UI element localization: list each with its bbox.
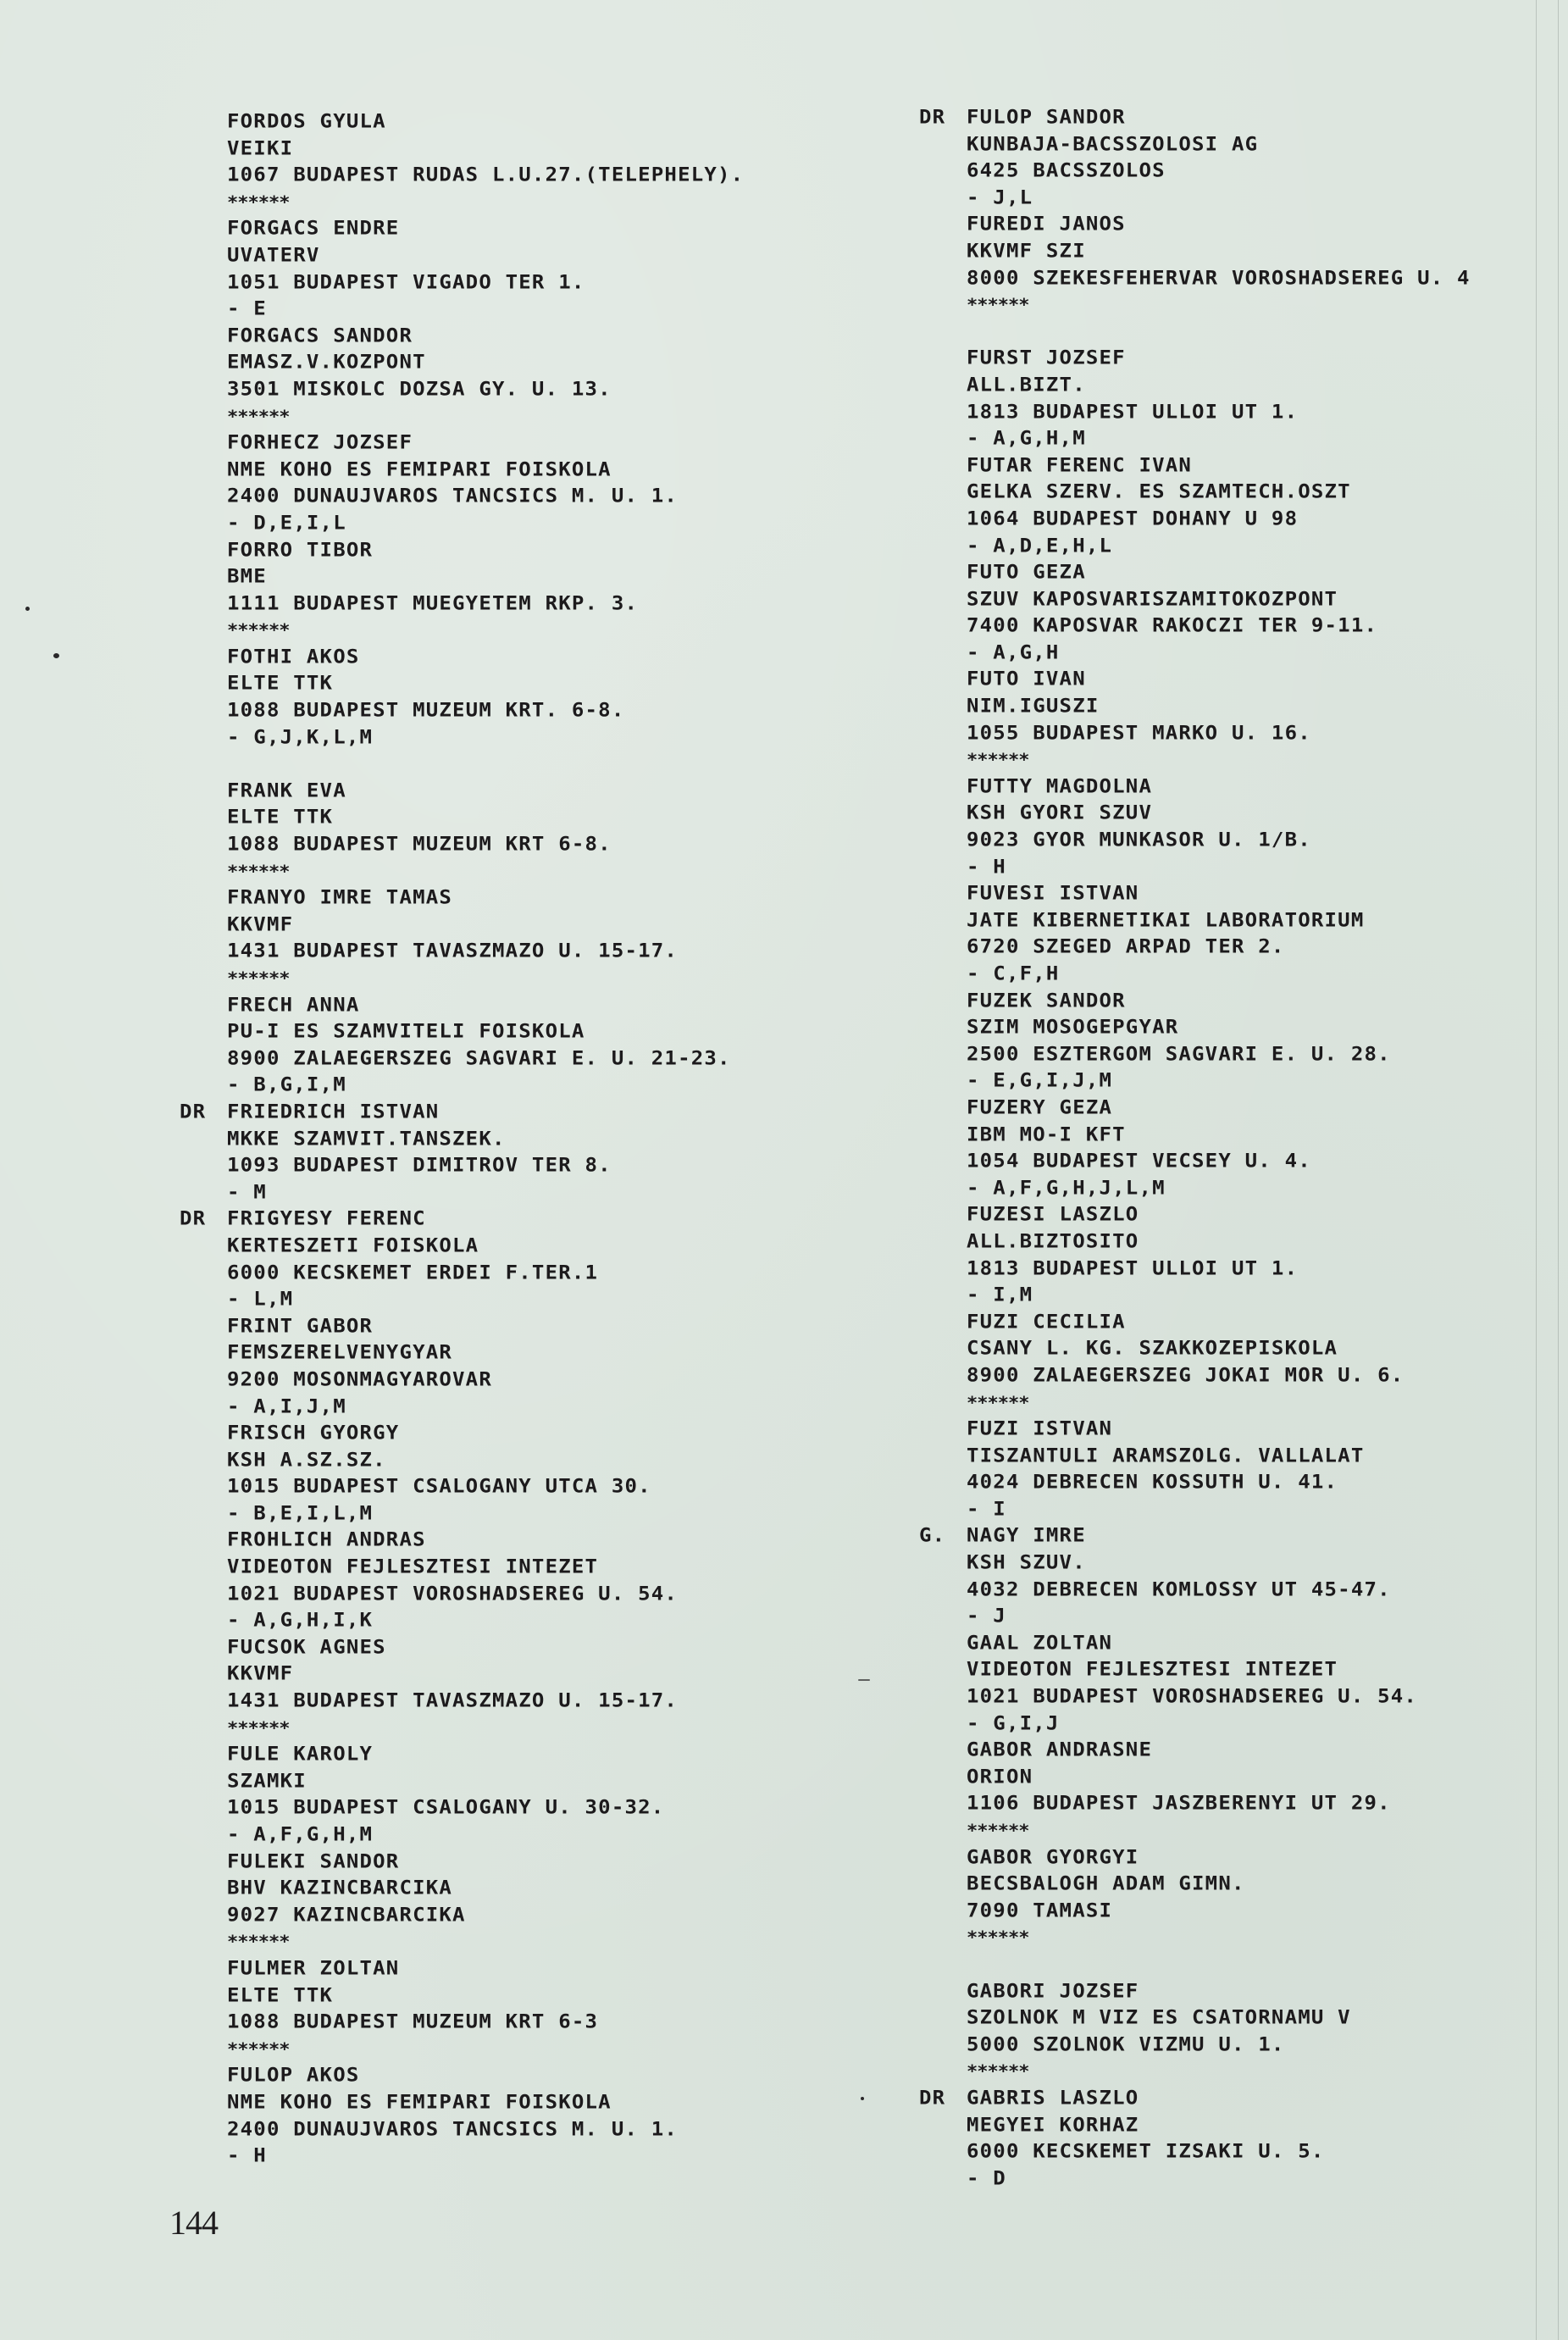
line-text: BHV KAZINCBARCIKA [227, 1876, 452, 1900]
line-text: GABOR ANDRASNE [967, 1738, 1152, 1762]
directory-line: MKKE SZAMVIT.TANSZEK. [180, 1127, 744, 1151]
directory-line: FRANYO IMRE TAMAS [180, 885, 744, 910]
directory-line: FULMER ZOLTAN [180, 1956, 744, 1981]
directory-line: SZUV KAPOSVARISZAMITOKOZPONT [919, 587, 1471, 612]
line-text: 4032 DEBRECEN KOMLOSSY UT 45-47. [967, 1578, 1391, 1602]
directory-line: FUVESI ISTVAN [919, 881, 1471, 906]
line-text: - A,G,H [967, 640, 1060, 665]
paper-speck [858, 1679, 870, 1681]
directory-line: ALL.BIZT. [919, 373, 1471, 397]
directory-line: 6425 BACSSZOLOS [919, 158, 1471, 183]
directory-line: 6000 KECSKEMET IZSAKI U. 5. [919, 2139, 1471, 2164]
directory-line: FUZEK SANDOR [919, 989, 1471, 1013]
directory-line: FUTO IVAN [919, 668, 1471, 692]
directory-line: VIDEOTON FEJLESZTESI INTEZET [180, 1555, 744, 1579]
directory-line: KSH A.SZ.SZ. [180, 1448, 744, 1472]
line-text: KSH SZUV. [967, 1550, 1086, 1575]
line-text: VEIKI [227, 136, 293, 161]
directory-line: 1088 BUDAPEST MUZEUM KRT 6-8. [180, 832, 744, 857]
line-text: 9200 MOSONMAGYAROVAR [227, 1367, 492, 1392]
entry-separator: ****** [919, 748, 1471, 773]
page-edge-line [1558, 0, 1559, 2340]
entry-codes: - H [180, 2143, 744, 2168]
line-text: 6000 KECSKEMET IZSAKI U. 5. [967, 2139, 1325, 2164]
directory-line: 8000 SZEKESFEHERVAR VOROSHADSEREG U. 4 [919, 266, 1471, 291]
directory-line: 8900 ZALAEGERSZEG JOKAI MOR U. 6. [919, 1363, 1471, 1388]
line-text: 8900 ZALAEGERSZEG JOKAI MOR U. 6. [967, 1363, 1404, 1388]
line-text: ELTE TTK [227, 806, 333, 830]
entry-codes: - H [919, 855, 1471, 879]
entry-codes: - A,F,G,H,M [180, 1822, 744, 1847]
entry-codes: - I,M [919, 1283, 1471, 1307]
directory-line: 7400 KAPOSVAR RAKOCZI TER 9-11. [919, 614, 1471, 639]
entry-separator: ****** [180, 966, 744, 990]
blank-line [919, 319, 1471, 344]
line-text: NME KOHO ES FEMIPARI FOISKOLA [227, 457, 612, 482]
directory-line: GABORI JOZSEF [919, 1979, 1471, 2004]
line-text: NAGY IMRE [967, 1524, 1086, 1549]
entry-codes: - D [919, 2166, 1471, 2191]
entry-codes: - A,I,J,M [180, 1395, 744, 1419]
line-text: FORHECZ JOZSEF [227, 430, 413, 455]
line-text: ****** [227, 2038, 289, 2062]
line-text: - A,I,J,M [227, 1395, 346, 1419]
line-text: - J [967, 1605, 1006, 1629]
directory-line: 7090 TAMASI [919, 1899, 1471, 1923]
directory-line: CSANY L. KG. SZAKKOZEPISKOLA [919, 1337, 1471, 1361]
line-text: 6000 KECSKEMET ERDEI F.TER.1 [227, 1261, 598, 1285]
line-text: KKVMF SZI [967, 239, 1086, 263]
line-text: - H [227, 2143, 267, 2168]
line-text: 1067 BUDAPEST RUDAS L.U.27.(TELEPHELY). [227, 163, 744, 187]
directory-line: VEIKI [180, 136, 744, 161]
entry-codes: - L,M [180, 1287, 744, 1311]
line-text: FUZERY GEZA [967, 1095, 1112, 1120]
entry-codes: - G,I,J [919, 1711, 1471, 1736]
line-text: - L,M [227, 1287, 293, 1311]
entry-separator: ****** [919, 1926, 1471, 1950]
entry-codes: - J,L [919, 186, 1471, 210]
directory-line: KSH SZUV. [919, 1550, 1471, 1575]
line-text: ****** [227, 191, 289, 215]
line-text: 7090 TAMASI [967, 1899, 1112, 1923]
entry-separator: ****** [180, 859, 744, 884]
line-text: 2500 ESZTERGOM SAGVARI E. U. 28. [967, 1042, 1391, 1067]
directory-column-right: DRFULOP SANDORKUNBAJA-BACSSZOLOSI AG6425… [919, 104, 1471, 2192]
line-text: GELKA SZERV. ES SZAMTECH.OSZT [967, 480, 1351, 505]
directory-line: FUZI CECILIA [919, 1310, 1471, 1334]
directory-line: ELTE TTK [180, 672, 744, 696]
line-text: FULOP SANDOR [967, 105, 1126, 130]
line-text: - B,G,I,M [227, 1073, 346, 1098]
line-text: FUVESI ISTVAN [967, 881, 1139, 906]
line-text: 5000 SZOLNOK VIZMU U. 1. [967, 2032, 1285, 2057]
directory-line: KSH GYORI SZUV [919, 801, 1471, 826]
directory-line: FRINT GABOR [180, 1314, 744, 1339]
line-text: ****** [227, 860, 289, 884]
line-text: KERTESZETI FOISKOLA [227, 1234, 479, 1258]
line-text: - I [967, 1497, 1006, 1522]
line-text: 7400 KAPOSVAR RAKOCZI TER 9-11. [967, 614, 1377, 639]
directory-line: BHV KAZINCBARCIKA [180, 1876, 744, 1900]
entry-codes: - B,E,I,L,M [180, 1501, 744, 1526]
directory-line: 9023 GYOR MUNKASOR U. 1/B. [919, 828, 1471, 852]
directory-line: 1106 BUDAPEST JASZBERENYI UT 29. [919, 1792, 1471, 1816]
directory-line: FURST JOZSEF [919, 347, 1471, 371]
line-text: - A,G,H,M [967, 426, 1086, 451]
line-text: 2400 DUNAUJVAROS TANCSICS M. U. 1. [227, 485, 678, 509]
directory-line: FUZESI LASZLO [919, 1203, 1471, 1228]
paper-speck [53, 653, 59, 658]
directory-line: 1067 BUDAPEST RUDAS L.U.27.(TELEPHELY). [180, 163, 744, 187]
title-prefix: G. [919, 1524, 967, 1549]
line-text: - D [967, 2166, 1006, 2191]
directory-line: 5000 SZOLNOK VIZMU U. 1. [919, 2032, 1471, 2057]
line-text: 1021 BUDAPEST VOROSHADSEREG U. 54. [967, 1684, 1417, 1709]
line-text: BECSBALOGH ADAM GIMN. [967, 1871, 1245, 1896]
line-text: ****** [227, 1716, 289, 1741]
line-text: FUCSOK AGNES [227, 1635, 386, 1660]
line-text: - G,J,K,L,M [227, 725, 373, 750]
line-text: - A,F,G,H,M [227, 1822, 373, 1847]
title-prefix: DR [919, 2086, 967, 2110]
directory-line: KKVMF SZI [919, 239, 1471, 263]
directory-line: GABOR ANDRASNE [919, 1738, 1471, 1762]
directory-line: 9027 KAZINCBARCIKA [180, 1903, 744, 1927]
line-text: - J,L [967, 186, 1033, 210]
line-text: - A,F,G,H,J,L,M [967, 1176, 1166, 1200]
directory-line: FUTTY MAGDOLNA [919, 774, 1471, 799]
directory-line: 1088 BUDAPEST MUZEUM KRT 6-3 [180, 2010, 744, 2034]
directory-line: DRGABRIS LASZLO [919, 2086, 1471, 2110]
directory-line: 4032 DEBRECEN KOMLOSSY UT 45-47. [919, 1578, 1471, 1602]
line-text: 3501 MISKOLC DOZSA GY. U. 13. [227, 377, 612, 402]
line-text: ALL.BIZT. [967, 373, 1086, 397]
directory-line: ORION [919, 1765, 1471, 1789]
line-text: GABORI JOZSEF [967, 1979, 1139, 2004]
directory-line: 1064 BUDAPEST DOHANY U 98 [919, 507, 1471, 531]
directory-line: IBM MO-I KFT [919, 1123, 1471, 1147]
directory-line: 1093 BUDAPEST DIMITROV TER 8. [180, 1153, 744, 1178]
page-edge-line [1536, 0, 1537, 2340]
line-text: FULMER ZOLTAN [227, 1956, 399, 1981]
entry-separator: ****** [919, 2060, 1471, 2084]
line-text: - I,M [967, 1283, 1033, 1307]
entry-codes: - I [919, 1497, 1471, 1522]
line-text: FUZEK SANDOR [967, 989, 1126, 1013]
line-text: 1055 BUDAPEST MARKO U. 16. [967, 721, 1311, 746]
directory-line: SZOLNOK M VIZ ES CSATORNAMU V [919, 2005, 1471, 2030]
line-text: FORDOS GYULA [227, 109, 386, 134]
directory-line: ALL.BIZTOSITO [919, 1229, 1471, 1254]
line-text: 1093 BUDAPEST DIMITROV TER 8. [227, 1153, 612, 1178]
line-text: - D,E,I,L [227, 511, 346, 535]
directory-line: NME KOHO ES FEMIPARI FOISKOLA [180, 457, 744, 482]
entry-separator: ****** [180, 404, 744, 429]
line-text: GABRIS LASZLO [967, 2086, 1139, 2110]
line-text: FRINT GABOR [227, 1314, 373, 1339]
directory-line: FULOP AKOS [180, 2064, 744, 2088]
directory-line: SZIM MOSOGEPGYAR [919, 1015, 1471, 1040]
line-text: FUREDI JANOS [967, 213, 1126, 237]
directory-line: 2400 DUNAUJVAROS TANCSICS M. U. 1. [180, 2117, 744, 2142]
directory-line: PU-I ES SZAMVITELI FOISKOLA [180, 1019, 744, 1044]
line-text: FOTHI AKOS [227, 645, 360, 669]
directory-line: FORGACS ENDRE [180, 217, 744, 241]
line-text: ****** [227, 1931, 289, 1955]
line-text: ****** [227, 967, 289, 991]
line-text: 1088 BUDAPEST MUZEUM KRT 6-3 [227, 2010, 598, 2034]
page-number: 144 [169, 2203, 218, 2243]
line-text: 1015 BUDAPEST CSALOGANY U. 30-32. [227, 1796, 664, 1821]
line-text: GAAL ZOLTAN [967, 1631, 1112, 1655]
entry-separator: ****** [180, 618, 744, 643]
line-text: KSH A.SZ.SZ. [227, 1448, 386, 1472]
line-text: 6425 BACSSZOLOS [967, 158, 1166, 183]
directory-line: FOTHI AKOS [180, 645, 744, 669]
line-text: 1088 BUDAPEST MUZEUM KRT 6-8. [227, 832, 612, 857]
directory-line: 3501 MISKOLC DOZSA GY. U. 13. [180, 377, 744, 402]
line-text: 2400 DUNAUJVAROS TANCSICS M. U. 1. [227, 2117, 678, 2142]
directory-line: 8900 ZALAEGERSZEG SAGVARI E. U. 21-23. [180, 1046, 744, 1071]
line-text: NIM.IGUSZI [967, 694, 1100, 718]
line-text: 4024 DEBRECEN KOSSUTH U. 41. [967, 1471, 1338, 1495]
directory-line: 1055 BUDAPEST MARKO U. 16. [919, 721, 1471, 746]
directory-line: 1021 BUDAPEST VOROSHADSEREG U. 54. [180, 1582, 744, 1606]
directory-line: FUCSOK AGNES [180, 1635, 744, 1660]
directory-line: FRECH ANNA [180, 993, 744, 1018]
entry-codes: - E,G,I,J,M [919, 1069, 1471, 1094]
directory-line: ELTE TTK [180, 1983, 744, 2008]
entry-separator: ****** [180, 2037, 744, 2061]
entry-codes: - A,G,H,I,K [180, 1609, 744, 1633]
line-text: EMASZ.V.KOZPONT [227, 351, 426, 375]
line-text: GABOR GYORGYI [967, 1845, 1139, 1870]
line-text: - H [967, 855, 1006, 879]
directory-line: 6000 KECSKEMET ERDEI F.TER.1 [180, 1261, 744, 1285]
directory-line: EMASZ.V.KOZPONT [180, 351, 744, 375]
line-text: CSANY L. KG. SZAKKOZEPISKOLA [967, 1337, 1338, 1361]
directory-line: ELTE TTK [180, 806, 744, 830]
line-text: FRANYO IMRE TAMAS [227, 885, 452, 910]
directory-line: 1054 BUDAPEST VECSEY U. 4. [919, 1149, 1471, 1173]
directory-line: 9200 MOSONMAGYAROVAR [180, 1367, 744, 1392]
entry-codes: - J [919, 1605, 1471, 1629]
line-text: FULE KAROLY [227, 1742, 373, 1766]
line-text: MEGYEI KORHAZ [967, 2113, 1139, 2138]
line-text: FUZI CECILIA [967, 1310, 1126, 1334]
line-text: ****** [967, 1819, 1028, 1844]
directory-line: VIDEOTON FEJLESZTESI INTEZET [919, 1658, 1471, 1683]
directory-line: FUZI ISTVAN [919, 1417, 1471, 1441]
line-text: FUTO IVAN [967, 668, 1086, 692]
directory-line: FUREDI JANOS [919, 213, 1471, 237]
line-text: FROHLICH ANDRAS [227, 1528, 426, 1553]
directory-line: SZAMKI [180, 1769, 744, 1794]
entry-codes: - M [180, 1180, 744, 1205]
title-prefix: DR [180, 1207, 227, 1232]
line-text: JATE KIBERNETIKAI LABORATORIUM [967, 908, 1364, 933]
directory-line: 1431 BUDAPEST TAVASZMAZO U. 15-17. [180, 1688, 744, 1713]
directory-line: GELKA SZERV. ES SZAMTECH.OSZT [919, 480, 1471, 505]
line-text: 9027 KAZINCBARCIKA [227, 1903, 466, 1927]
directory-line: FULEKI SANDOR [180, 1849, 744, 1874]
directory-line: 2500 ESZTERGOM SAGVARI E. U. 28. [919, 1042, 1471, 1067]
entry-codes: - A,F,G,H,J,L,M [919, 1176, 1471, 1200]
line-text: SZAMKI [227, 1769, 307, 1794]
directory-line: 6720 SZEGED ARPAD TER 2. [919, 935, 1471, 960]
line-text: 1813 BUDAPEST ULLOI UT 1. [967, 1256, 1298, 1281]
directory-line: NIM.IGUSZI [919, 694, 1471, 718]
directory-line: DRFRIEDRICH ISTVAN [180, 1100, 744, 1124]
line-text: 1015 BUDAPEST CSALOGANY UTCA 30. [227, 1475, 651, 1500]
line-text: ALL.BIZTOSITO [967, 1229, 1139, 1254]
line-text: ELTE TTK [227, 1983, 333, 2008]
line-text: IBM MO-I KFT [967, 1123, 1126, 1147]
line-text: BME [227, 564, 267, 589]
directory-line: 1111 BUDAPEST MUEGYETEM RKP. 3. [180, 591, 744, 616]
line-text: 1813 BUDAPEST ULLOI UT 1. [967, 400, 1298, 424]
directory-line: 1431 BUDAPEST TAVASZMAZO U. 15-17. [180, 940, 744, 964]
directory-line: FEMSZERELVENYGYAR [180, 1341, 744, 1366]
line-text: PU-I ES SZAMVITELI FOISKOLA [227, 1019, 585, 1044]
directory-line: GABOR GYORGYI [919, 1845, 1471, 1870]
title-prefix: DR [919, 105, 967, 130]
directory-line: FORDOS GYULA [180, 109, 744, 134]
line-text: 1088 BUDAPEST MUZEUM KRT. 6-8. [227, 698, 624, 723]
directory-line: KERTESZETI FOISKOLA [180, 1234, 744, 1258]
directory-line: DRFRIGYESY FERENC [180, 1207, 744, 1232]
line-text: ****** [967, 1391, 1028, 1416]
directory-line: FUZERY GEZA [919, 1095, 1471, 1120]
directory-line: G.NAGY IMRE [919, 1524, 1471, 1549]
directory-line: TISZANTULI ARAMSZOLG. VALLALAT [919, 1444, 1471, 1468]
line-text: KKVMF [227, 912, 293, 937]
paper-speck [25, 607, 30, 611]
entry-codes: - D,E,I,L [180, 511, 744, 535]
line-text: FULEKI SANDOR [227, 1849, 399, 1874]
directory-line: FORGACS SANDOR [180, 324, 744, 348]
line-text: 1111 BUDAPEST MUEGYETEM RKP. 3. [227, 591, 638, 616]
directory-line: FORHECZ JOZSEF [180, 430, 744, 455]
line-text: FRISCH GYORGY [227, 1421, 399, 1445]
line-text: 1054 BUDAPEST VECSEY U. 4. [967, 1149, 1311, 1173]
directory-line: KKVMF [180, 912, 744, 937]
entry-codes: - E [180, 297, 744, 321]
entry-codes: - A,G,H [919, 640, 1471, 665]
blank-line [919, 1952, 1471, 1977]
line-text: VIDEOTON FEJLESZTESI INTEZET [967, 1658, 1338, 1683]
line-text: ****** [967, 1927, 1028, 1951]
directory-line: 2400 DUNAUJVAROS TANCSICS M. U. 1. [180, 485, 744, 509]
entry-separator: ****** [919, 292, 1471, 317]
line-text: FRIEDRICH ISTVAN [227, 1100, 439, 1124]
line-text: MKKE SZAMVIT.TANSZEK. [227, 1127, 506, 1151]
paper-speck [861, 2097, 864, 2100]
directory-line: GAAL ZOLTAN [919, 1631, 1471, 1655]
line-text: 1064 BUDAPEST DOHANY U 98 [967, 507, 1298, 531]
directory-line: FORRO TIBOR [180, 538, 744, 563]
line-text: FULOP AKOS [227, 2064, 360, 2088]
directory-column-left: FORDOS GYULAVEIKI1067 BUDAPEST RUDAS L.U… [180, 108, 744, 2170]
directory-line: FRANK EVA [180, 779, 744, 803]
line-text: FUTAR FERENC IVAN [967, 453, 1192, 478]
directory-line: 1088 BUDAPEST MUZEUM KRT. 6-8. [180, 698, 744, 723]
line-text: KKVMF [227, 1662, 293, 1687]
entry-codes: - B,G,I,M [180, 1073, 744, 1098]
line-text: KUNBAJA-BACSSZOLOSI AG [967, 132, 1258, 157]
directory-line: DRFULOP SANDOR [919, 105, 1471, 130]
directory-line: NME KOHO ES FEMIPARI FOISKOLA [180, 2090, 744, 2115]
line-text: 8000 SZEKESFEHERVAR VOROSHADSEREG U. 4 [967, 266, 1471, 291]
directory-line: MEGYEI KORHAZ [919, 2113, 1471, 2138]
entry-codes: - C,F,H [919, 962, 1471, 986]
line-text: FUZI ISTVAN [967, 1417, 1112, 1441]
entry-separator: ****** [180, 1930, 744, 1955]
entry-codes: - A,D,E,H,L [919, 534, 1471, 558]
line-text: UVATERV [227, 243, 320, 268]
line-text: FORGACS SANDOR [227, 324, 413, 348]
line-text: 1431 BUDAPEST TAVASZMAZO U. 15-17. [227, 1688, 678, 1713]
entry-separator: ****** [180, 190, 744, 214]
line-text: FURST JOZSEF [967, 347, 1126, 371]
line-text: FUZESI LASZLO [967, 1203, 1139, 1228]
line-text: FRECH ANNA [227, 993, 360, 1018]
line-text: FEMSZERELVENYGYAR [227, 1341, 452, 1366]
line-text: NME KOHO ES FEMIPARI FOISKOLA [227, 2090, 612, 2115]
entry-codes: - G,J,K,L,M [180, 725, 744, 750]
line-text: ****** [967, 748, 1028, 773]
line-text: - M [227, 1180, 267, 1205]
line-text: VIDEOTON FEJLESZTESI INTEZET [227, 1555, 598, 1579]
directory-line: BME [180, 564, 744, 589]
directory-line: JATE KIBERNETIKAI LABORATORIUM [919, 908, 1471, 933]
directory-line: 1813 BUDAPEST ULLOI UT 1. [919, 1256, 1471, 1281]
line-text: FRANK EVA [227, 779, 346, 803]
directory-line: 4024 DEBRECEN KOSSUTH U. 41. [919, 1471, 1471, 1495]
line-text: 6720 SZEGED ARPAD TER 2. [967, 935, 1285, 960]
directory-line: 1813 BUDAPEST ULLOI UT 1. [919, 400, 1471, 424]
line-text: - A,D,E,H,L [967, 534, 1112, 558]
blank-line [180, 752, 744, 777]
entry-separator: ****** [919, 1390, 1471, 1415]
line-text: ORION [967, 1765, 1033, 1789]
directory-line: UVATERV [180, 243, 744, 268]
line-text: - A,G,H,I,K [227, 1609, 373, 1633]
directory-line: KKVMF [180, 1662, 744, 1687]
line-text: 9023 GYOR MUNKASOR U. 1/B. [967, 828, 1311, 852]
line-text: KSH GYORI SZUV [967, 801, 1152, 826]
line-text: 1021 BUDAPEST VOROSHADSEREG U. 54. [227, 1582, 678, 1606]
line-text: ELTE TTK [227, 672, 333, 696]
line-text: 8900 ZALAEGERSZEG SAGVARI E. U. 21-23. [227, 1046, 731, 1071]
directory-line: FRISCH GYORGY [180, 1421, 744, 1445]
directory-line: BECSBALOGH ADAM GIMN. [919, 1871, 1471, 1896]
line-text: SZIM MOSOGEPGYAR [967, 1015, 1178, 1040]
entry-codes: - A,G,H,M [919, 426, 1471, 451]
directory-line: FROHLICH ANDRAS [180, 1528, 744, 1553]
directory-line: KUNBAJA-BACSSZOLOSI AG [919, 132, 1471, 157]
line-text: FRIGYESY FERENC [227, 1207, 426, 1232]
directory-line: 1051 BUDAPEST VIGADO TER 1. [180, 270, 744, 295]
line-text: FORGACS ENDRE [227, 217, 399, 241]
line-text: ****** [227, 405, 289, 430]
line-text: SZUV KAPOSVARISZAMITOKOZPONT [967, 587, 1338, 612]
line-text: 1431 BUDAPEST TAVASZMAZO U. 15-17. [227, 940, 678, 964]
line-text: 1106 BUDAPEST JASZBERENYI UT 29. [967, 1792, 1391, 1816]
directory-line: FUTAR FERENC IVAN [919, 453, 1471, 478]
directory-line: FUTO GEZA [919, 560, 1471, 585]
